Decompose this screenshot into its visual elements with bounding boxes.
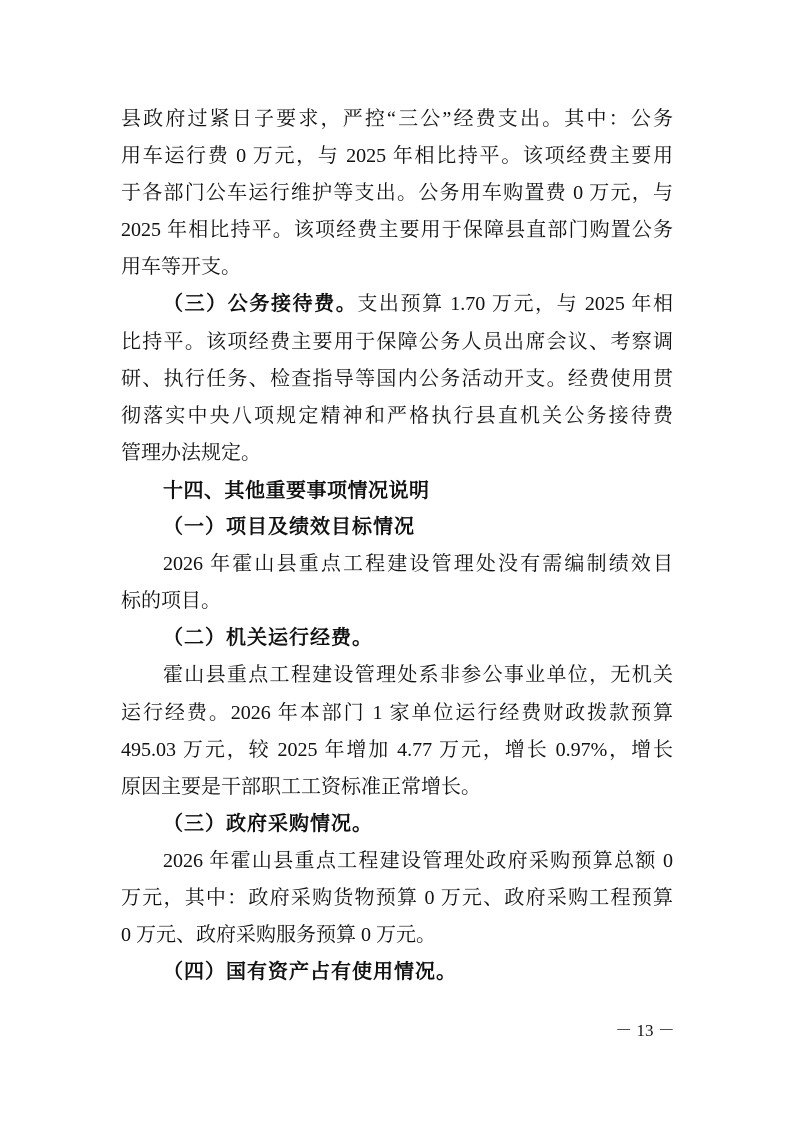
text-line: 0 万元、政府采购服务预算 0 万元。 [121,917,673,954]
text-line: 于各部门公车运行维护等支出。公务用车购置费 0 万元，与 [121,175,673,212]
text-line: 霍山县重点工程建设管理处系非参公事业单位，无机关 [121,657,673,694]
text-line: 用车运行费 0 万元，与 2025 年相比持平。该项经费主要用 [121,138,673,175]
paragraph-operating-costs: 霍山县重点工程建设管理处系非参公事业单位，无机关 运行经费。2026 年本部门 … [121,657,673,805]
text-line: 研、执行任务、检查指导等国内公务活动开支。经费使用贯 [121,361,673,398]
paragraph-government-procurement: 2026 年霍山县重点工程建设管理处政府采购预算总额 0 万元，其中：政府采购货… [121,843,673,954]
subheading-operating-costs: （二）机关运行经费。 [121,620,673,657]
paragraph-performance-targets: 2026 年霍山县重点工程建设管理处没有需编制绩效目 标的项目。 [121,546,673,620]
text-line: 用车等开支。 [121,249,673,286]
text-line: 495.03 万元，较 2025 年增加 4.77 万元，增长 0.97%，增长 [121,732,673,769]
subheading-performance-targets: （一）项目及绩效目标情况 [121,509,673,546]
text-line: 原因主要是干部职工工资标准正常增长。 [121,769,673,806]
text-line: 管理办法规定。 [121,435,673,472]
paragraph-lead-heading: （三）公务接待费。 [163,293,357,315]
page-number: － 13 － [612,1019,678,1043]
text-line: 标的项目。 [121,583,673,620]
subheading-state-assets: （四）国有资产占有使用情况。 [121,954,673,991]
text-line: 2026 年霍山县重点工程建设管理处政府采购预算总额 0 [121,843,673,880]
text-line: 运行经费。2026 年本部门 1 家单位运行经费财政拨款预算 [121,695,673,732]
text-line: 彻落实中央八项规定精神和严格执行县直机关公务接待费 [121,398,673,435]
paragraph-vehicle-costs: 县政府过紧日子要求，严控“三公”经费支出。其中：公务 用车运行费 0 万元，与 … [121,101,673,286]
text-line: 比持平。该项经费主要用于保障公务人员出席会议、考察调 [121,324,673,361]
text-line: 县政府过紧日子要求，严控“三公”经费支出。其中：公务 [121,101,673,138]
paragraph-reception-costs: （三）公务接待费。支出预算 1.70 万元，与 2025 年相 比持平。该项经费… [121,286,673,471]
text-line: 万元，其中：政府采购货物预算 0 万元、政府采购工程预算 [121,880,673,917]
text-line: 2025 年相比持平。该项经费主要用于保障县直部门购置公务 [121,212,673,249]
document-page: 县政府过紧日子要求，严控“三公”经费支出。其中：公务 用车运行费 0 万元，与 … [0,0,793,1122]
text-run: 支出预算 1.70 万元，与 2025 年相 [357,293,673,315]
section-heading-other-matters: 十四、其他重要事项情况说明 [121,472,673,509]
text-line: （三）公务接待费。支出预算 1.70 万元，与 2025 年相 [121,286,673,323]
text-line: 2026 年霍山县重点工程建设管理处没有需编制绩效目 [121,546,673,583]
subheading-government-procurement: （三）政府采购情况。 [121,806,673,843]
page-body: 县政府过紧日子要求，严控“三公”经费支出。其中：公务 用车运行费 0 万元，与 … [121,101,673,991]
